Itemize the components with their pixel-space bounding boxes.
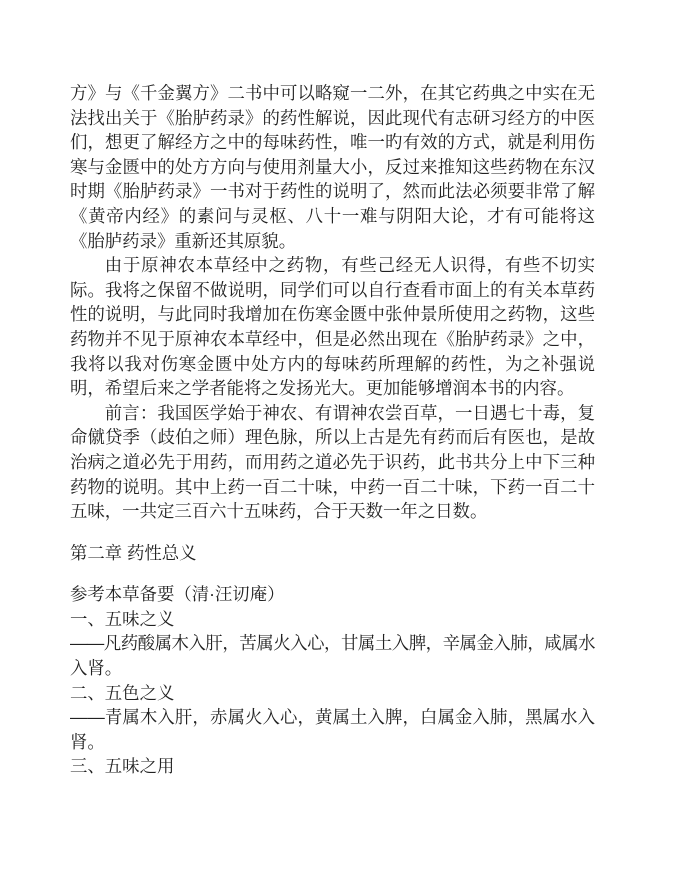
text-line: 时期《胎胪药录》一书对于药性的说明了，然而此法必须要非常了解 — [70, 179, 595, 204]
document-page: 方》与《千金翼方》二书中可以略窥一二外，在其它药典之中实在无法找出关于《胎胪药录… — [0, 0, 682, 882]
para-reference-bencao-beiyao: 参考本草备要（清·汪讱庵） — [70, 582, 595, 607]
text-line: 明，希望后来之学者能将之发扬光大。更加能够增润本书的内容。 — [70, 376, 595, 401]
text-line: 们，想更了解经方之中的每味药性，唯一旳有效的方式，就是利用伤 — [70, 130, 595, 155]
text-line: 命僦贷季（歧伯之师）理色脉，所以上古是先有药而后有医也，是故 — [70, 425, 595, 450]
text-line: 肾。 — [70, 730, 595, 755]
text-line: 性的说明，与此同时我增加在伤寒金匮中张仲景所使用之药物，这些 — [70, 302, 595, 327]
text-line: 《黄帝内经》的素问与灵枢、八十一难与阴阳大论，才有可能将这 — [70, 204, 595, 229]
heading-chapter-two: 第二章 药性总义 — [70, 541, 595, 566]
text-line: 法找出关于《胎胪药录》的药性解说，因此现代有志研习经方的中医 — [70, 106, 595, 131]
item-one-five-flavors-meaning: 一、五味之义 — [70, 607, 595, 632]
text-line: 三、五味之用 — [70, 754, 595, 779]
text-line: 治病之道必先于用药，而用药之道必先于识药，此书共分上中下三种 — [70, 450, 595, 475]
text-line: 五味，一共定三百六十五味药，合于天数一年之日数。 — [70, 499, 595, 524]
text-line: 参考本草备要（清·汪讱庵） — [70, 582, 595, 607]
para-five-colors-detail: ——青属木入肝，赤属火入心，黄属土入脾，白属金入肺，黑属水入肾。 — [70, 705, 595, 754]
text-line: 前言：我国医学始于神农、有谓神农尝百草，一日遇七十毒，复 — [70, 401, 595, 426]
text-line: 由于原神农本草经中之药物，有些己经无人识得，有些不切实 — [70, 253, 595, 278]
text-line: 一、五味之义 — [70, 607, 595, 632]
text-line: 入肾。 — [70, 656, 595, 681]
text-line: 我将以我对伤寒金匮中处方内的每味药所理解的药性，为之补强说 — [70, 352, 595, 377]
text-line: 药物的说明。其中上药一百二十味，中药一百二十味，下药一百二十 — [70, 475, 595, 500]
text-line: 际。我将之保留不做说明，同学们可以自行查看市面上的有关本草药 — [70, 278, 595, 303]
text-line: 第二章 药性总义 — [70, 541, 595, 566]
para-body-preface: 前言：我国医学始于神农、有谓神农尝百草，一日遇七十毒，复命僦贷季（歧伯之师）理色… — [70, 401, 595, 524]
para-body-original-herbs: 由于原神农本草经中之药物，有些己经无人识得，有些不切实际。我将之保留不做说明，同… — [70, 253, 595, 401]
para-five-flavors-detail: ——凡药酸属木入肝，苦属火入心，甘属土入脾，辛属金入肺，咸属水入肾。 — [70, 631, 595, 680]
text-line: 二、五色之义 — [70, 681, 595, 706]
text-line: 《胎胪药录》重新还其原貌。 — [70, 229, 595, 254]
text-line: ——凡药酸属木入肝，苦属火入心，甘属土入脾，辛属金入肺，咸属水 — [70, 631, 595, 656]
item-three-five-flavors-use: 三、五味之用 — [70, 754, 595, 779]
text-line: 方》与《千金翼方》二书中可以略窥一二外，在其它药典之中实在无 — [70, 81, 595, 106]
para-body-continuation: 方》与《千金翼方》二书中可以略窥一二外，在其它药典之中实在无法找出关于《胎胪药录… — [70, 81, 595, 253]
text-line: 药物并不见于原神农本草经中，但是必然出现在《胎胪药录》之中， — [70, 327, 595, 352]
item-two-five-colors-meaning: 二、五色之义 — [70, 681, 595, 706]
text-line: ——青属木入肝，赤属火入心，黄属土入脾，白属金入肺，黑属水入 — [70, 705, 595, 730]
text-line: 寒与金匮中的处方方向与使用剂量大小，反过来推知这些药物在东汉 — [70, 155, 595, 180]
